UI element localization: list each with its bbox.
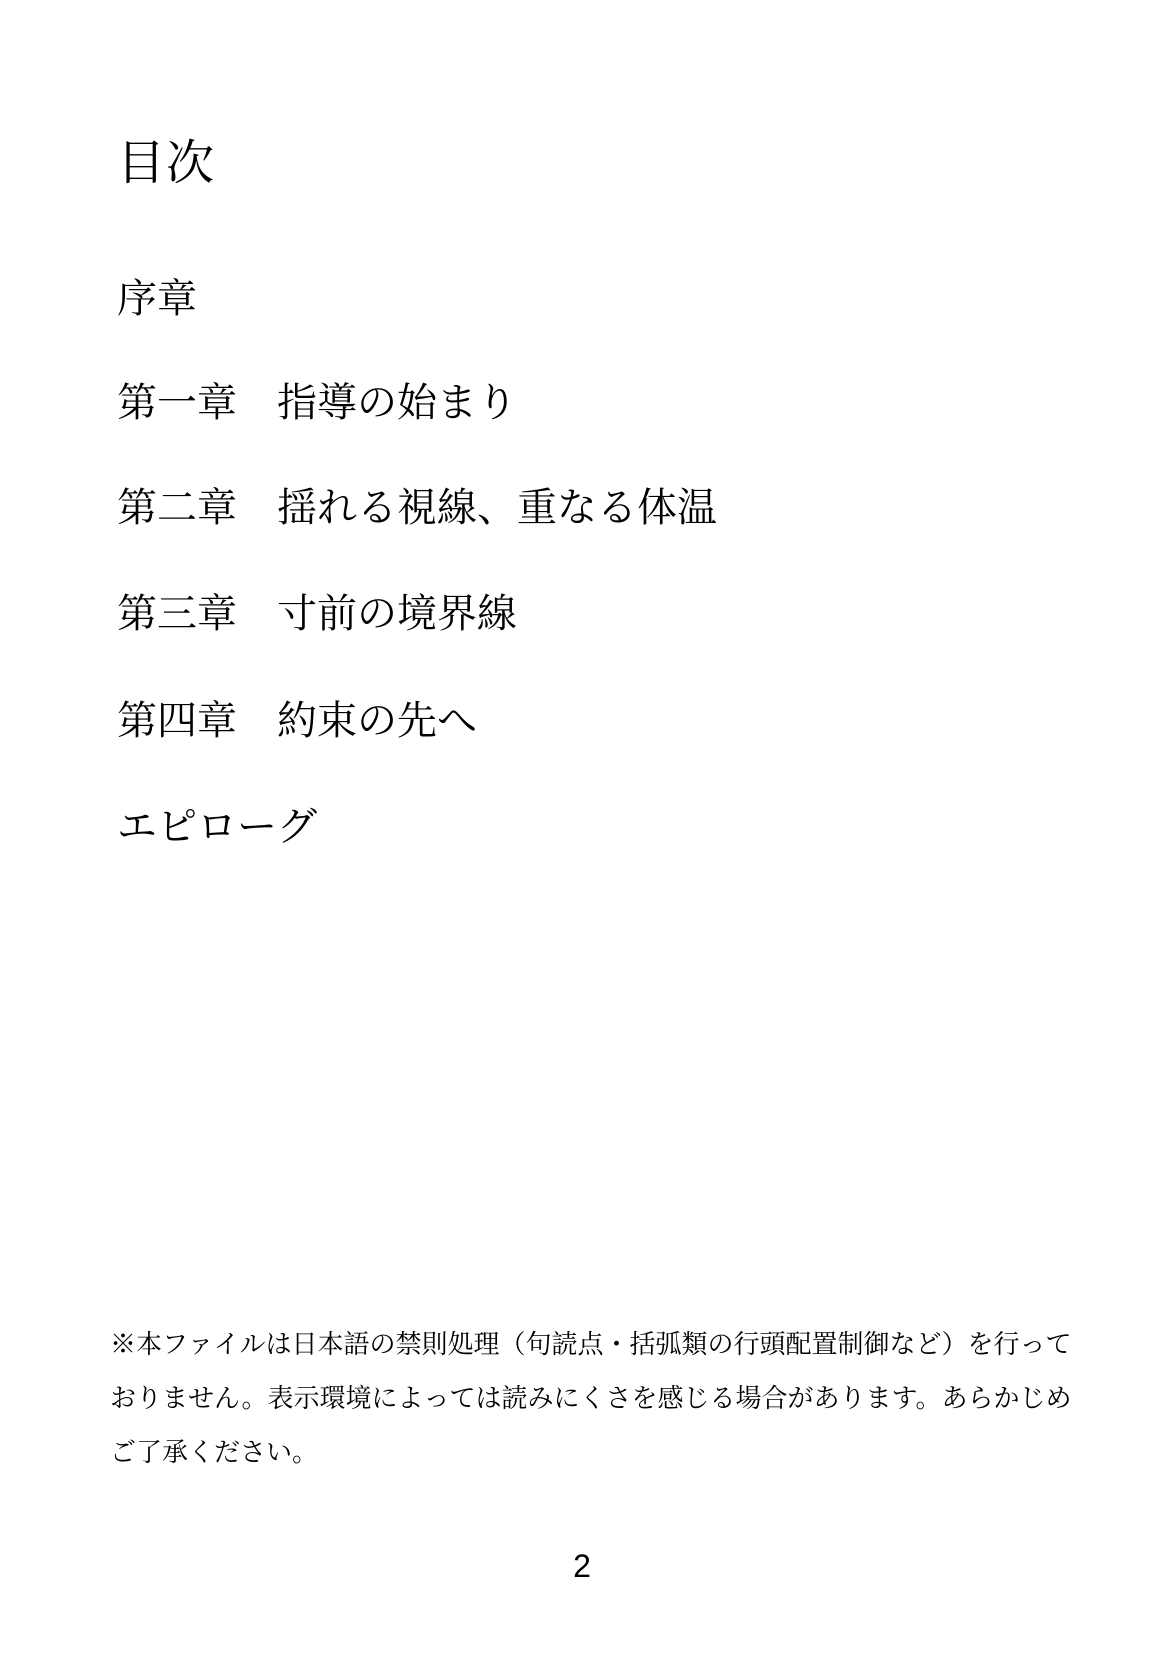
toc-item-chapter-3: 第三章 寸前の境界線 bbox=[117, 590, 517, 638]
toc-item-chapter-2: 第二章 揺れる視線、重なる体温 bbox=[117, 484, 717, 532]
toc-item-prologue: 序章 bbox=[117, 275, 197, 323]
note-line-2: おりません。表示環境によっては読みにくさを感じる場合があります。あらかじめ bbox=[110, 1372, 1071, 1426]
document-page: 目次 序章 第一章 指導の始まり 第二章 揺れる視線、重なる体温 第三章 寸前の… bbox=[0, 0, 1164, 1656]
toc-item-chapter-4: 第四章 約束の先へ bbox=[117, 697, 477, 745]
kinsoku-disclaimer-note: ※本ファイルは日本語の禁則処理（句読点・括弧類の行頭配置制御など）を行って おり… bbox=[110, 1318, 1071, 1480]
toc-item-chapter-1: 第一章 指導の始まり bbox=[117, 379, 517, 427]
note-line-3: ご了承ください。 bbox=[110, 1426, 1071, 1480]
toc-item-epilogue: エピローグ bbox=[117, 803, 317, 851]
note-line-1: ※本ファイルは日本語の禁則処理（句読点・括弧類の行頭配置制御など）を行って bbox=[110, 1318, 1071, 1372]
page-number: 2 bbox=[0, 1549, 1164, 1584]
